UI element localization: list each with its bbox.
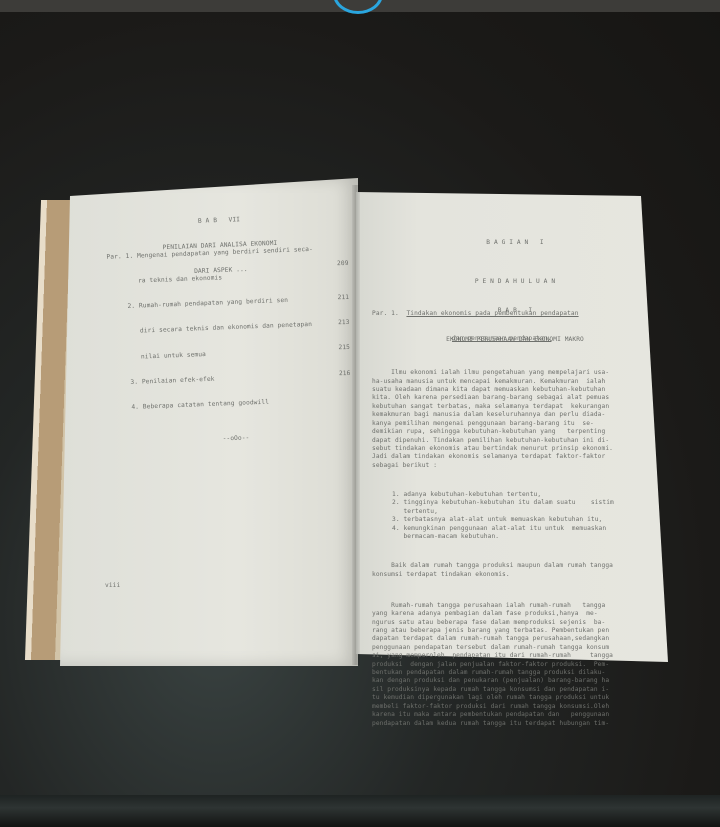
text-line: suatu keadaan dimana kita dapat memuaska… [372, 386, 662, 394]
toc-line: Par. 1. Mengenai pendapatan yang berdiri… [106, 244, 351, 262]
text-line: bentukan pendapatan dalam rumah-rumah ta… [372, 669, 662, 677]
text-line: Jadi dalam tindakan ekonomis selamanya t… [372, 453, 662, 461]
text-line: ngurus satu atau beberapa fase dalam mem… [372, 619, 662, 627]
text-line: konsumsi terdapat tindakan ekonomis. [372, 571, 662, 579]
toc-line: 3. Penilaian efek-efek [111, 370, 356, 388]
toc-line: nilai untuk semua [110, 345, 355, 363]
toc-line: diri secara teknis dan ekonomis dan pene… [109, 320, 354, 338]
text-line: tertentu, [392, 508, 662, 516]
text-line: 2. tingginya kebutuhan-kebutuhan itu dal… [392, 499, 662, 507]
text-line: sebut tindakan ekonomis atau bertindak m… [372, 445, 662, 453]
paragraph-title: Par. 1. Tindakan ekonomis pada pembentuk… [372, 310, 662, 318]
text-line: dapatan terdapat dalam rumah-rumah tangg… [372, 635, 662, 643]
text-line: 3. terbatasnya alat-alat untuk memuaskan… [392, 516, 662, 524]
table-edge [0, 795, 720, 827]
left-toc: Par. 1. Mengenai pendapatan yang berdiri… [106, 227, 360, 465]
text-line: karena itu maka antara pembentukan penda… [372, 711, 662, 719]
text-line: ha-usaha manusia untuk mencapai kemakmur… [372, 378, 662, 386]
right-page-body: Par. 1. Tindakan ekonomis pada pembentuk… [372, 293, 662, 745]
text-line: membeli faktor-faktor produksi dari ruma… [372, 703, 662, 711]
text-line: kan dengan produksi dan penukaran (penju… [372, 677, 662, 685]
toc-page-number: 215 [338, 344, 358, 353]
text-line: 1. adanya kebutuhan-kebutuhan tertentu, [392, 491, 662, 499]
text-line: penggunaan pendapatan tersebut dalam rum… [372, 644, 662, 652]
toc-line: 2. Rumah-rumah pendapatan yang berdiri s… [108, 295, 353, 313]
text-line: kebutuhan sangat terbatas, maka selamany… [372, 403, 662, 411]
paragraph-1: Ilmu ekonomi ialah ilmu pengetahuan yang… [372, 369, 662, 470]
par-title-line-1: Tindakan ekonomis pada pembentukan penda… [406, 310, 578, 317]
section-heading: P E N D A H U L U A N [380, 278, 650, 286]
open-book: B A B VII PENILAIAN DARI ANALISA EKONOMI… [0, 0, 720, 827]
text-line: pendapatan dalam kedua rumah tangga itu … [372, 720, 662, 728]
toc-line: 4. Beberapa catatan tentang goodwill [112, 395, 357, 413]
toc-line: ra teknis dan ekonomis [107, 269, 352, 287]
text-line: 4. kemungkinan penggunaan alat-alat itu … [392, 525, 662, 533]
part-heading: B A G I A N I [380, 239, 650, 247]
text-line: tu kemudian dipergunakan lagi oleh rumah… [372, 694, 662, 702]
text-line: sil produksinya kepada rumah tangga kons… [372, 686, 662, 694]
toc-page-numbers: 209 211 213 215 216 [337, 243, 360, 395]
chapter-number: B A B VII [119, 213, 319, 229]
paragraph-2: Baik dalam rumah tangga produksi maupun … [372, 562, 662, 579]
text-line: sebagai berikut : [372, 462, 662, 470]
text-line: kanya pemilihan mengenai penggunaan bara… [372, 420, 662, 428]
toc-page-number: 209 [337, 260, 357, 269]
text-line: rang atau beberapa jenis barang yang ter… [372, 627, 662, 635]
factor-list: 1. adanya kebutuhan-kebutuhan tertentu,2… [372, 491, 662, 541]
paragraph-3: Rumah-rumah tangga perusahaan ialah ruma… [372, 602, 662, 728]
text-line: dapat dipenuhi. Tindakan pemilihan kebut… [372, 437, 662, 445]
text-line: Baik dalam rumah tangga produksi maupun … [372, 562, 662, 570]
page-folio: viii [105, 582, 120, 590]
text-line: Rumah-rumah tangga perusahaan ialah ruma… [372, 602, 662, 610]
text-line: yang karena adanya pembagian dalam fase … [372, 610, 662, 618]
par-label: Par. 1. [372, 310, 399, 317]
text-line: bermacam-macam kebutuhan. [392, 533, 662, 541]
text-line: produksi dengan jalan penjualan faktor-f… [372, 661, 662, 669]
toc-page-number: 213 [338, 319, 358, 328]
text-line: si, yang memperoleh pendapatan itu dari … [372, 652, 662, 660]
end-mark: --oOo-- [114, 431, 359, 449]
toc-page-number: 211 [338, 294, 358, 303]
par-title-line-2: dan penggunaan pendapatan. [372, 335, 662, 343]
text-line: demikian rupa, sehingga kebutuhan-kebutu… [372, 428, 662, 436]
text-line: kemakmuran bagi manusia dalam keseluruha… [372, 411, 662, 419]
toc-page-number: 216 [339, 370, 359, 379]
text-line: Ilmu ekonomi ialah ilmu pengetahuan yang… [372, 369, 662, 377]
text-line: kita. Oleh karena persediaan barang-bara… [372, 394, 662, 402]
